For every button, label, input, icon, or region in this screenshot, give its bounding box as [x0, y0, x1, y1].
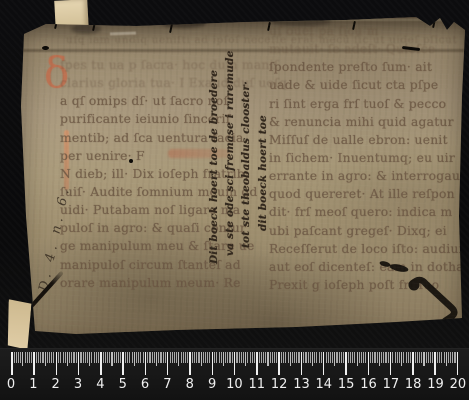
ruler-tick [452, 352, 453, 363]
ruler-tick [58, 352, 59, 363]
ruler-tick [239, 352, 240, 363]
ruler-tick [385, 352, 386, 363]
ruler-tick [243, 352, 244, 363]
ruler-tick [116, 352, 117, 363]
ruler-tick [454, 352, 455, 363]
ruler-tick [94, 352, 95, 363]
ruler-tick [56, 352, 58, 375]
ruler-tick [263, 352, 264, 363]
ruler-numbers: 01234567891011121314151617181920 [0, 377, 469, 392]
ruler-tick [71, 352, 72, 363]
ruler-tick [42, 352, 43, 363]
ruler-tick [261, 352, 262, 363]
ruler-tick [301, 352, 303, 375]
ruler-tick [25, 352, 26, 363]
ruler-tick [290, 352, 291, 366]
ink-blot-bottom-right [368, 254, 464, 338]
ruler-tick [254, 352, 255, 363]
ruler-tick [134, 352, 135, 366]
ruler-tick [174, 352, 175, 363]
ruler-tick [305, 352, 306, 363]
ruler-tick [421, 352, 422, 363]
ruler-tick [272, 352, 273, 363]
ruler-tick [140, 352, 141, 363]
ruler-tick [319, 352, 320, 363]
ruler-tick [308, 352, 309, 363]
ruler-tick [114, 352, 115, 363]
ruler-tick [185, 352, 186, 363]
ruler-number: 5 [112, 377, 134, 392]
ownership-inscription-line: dit boeck hoert toe [257, 137, 271, 231]
ruler-tick [276, 352, 277, 363]
ruler-tick [241, 352, 242, 363]
ruler-tick [252, 352, 253, 363]
ruler-tick [138, 352, 139, 363]
ruler-tick [125, 352, 126, 363]
ruler-tick [20, 352, 21, 363]
ruler-tick [53, 352, 54, 363]
manuscript-photograph: uſq iam undiq ueniſti ad ipſoſ neceſſe e… [0, 0, 469, 400]
ruler-tick [285, 352, 286, 363]
ruler-number: 2 [45, 377, 67, 392]
manuscript-text-line: Miſſuſ de ualle ebron: uenit [269, 131, 469, 149]
ruler-tick [245, 352, 246, 366]
ruler-tick [178, 352, 179, 366]
ruler-tick [250, 352, 251, 363]
ruler-tick [430, 352, 431, 363]
ruler-tick [29, 352, 30, 363]
ruler-tick [314, 352, 315, 363]
ruler-number: 3 [67, 377, 89, 392]
ruler-number: 20 [447, 377, 469, 392]
manuscript-text-line: manipuloſ circum ſtanteſ ad [60, 256, 266, 274]
ruler-tick [187, 352, 188, 363]
ruler-tick [136, 352, 137, 363]
ruler-tick [98, 352, 99, 363]
ruler-tick [348, 352, 349, 363]
ruler-tick [33, 352, 35, 375]
ruler-tick [321, 352, 322, 363]
ruler-tick [100, 352, 102, 375]
manuscript-text-line: errante in agro: & interrogau [269, 167, 469, 185]
ruler-tick [127, 352, 128, 363]
ruler-tick [428, 352, 429, 363]
ruler-ticks [11, 352, 461, 375]
ruler-tick [415, 352, 416, 363]
ruler-tick [363, 352, 364, 363]
ruler-tick [450, 352, 451, 363]
ruler-tick [203, 352, 204, 363]
ruler-tick [214, 352, 215, 363]
ruler-tick [219, 352, 220, 363]
ruler-tick [395, 352, 396, 363]
ruler-tick [229, 352, 230, 363]
ruler-tick [89, 352, 90, 366]
ruler-tick [328, 352, 329, 363]
ruler-tick [91, 352, 92, 363]
ruler-number: 4 [89, 377, 111, 392]
manuscript-text-line: ſpondente preſto ſum· ait [269, 58, 469, 76]
ruler-tick [69, 352, 70, 363]
ruler-number: 14 [313, 377, 335, 392]
ruler-tick [457, 352, 459, 375]
ruler-tick [109, 352, 110, 363]
ruler-tick [274, 352, 275, 363]
measurement-ruler: 01234567891011121314151617181920 [0, 348, 469, 400]
ruler-tick [14, 352, 15, 363]
ruler-tick [165, 352, 166, 363]
ruler-tick [111, 352, 112, 366]
ruler-tick [154, 352, 155, 363]
ruler-tick [156, 352, 157, 366]
ruler-number: 13 [290, 377, 312, 392]
ruler-tick [357, 352, 358, 366]
ruler-tick [401, 352, 402, 366]
ruler-number: 11 [246, 377, 268, 392]
ruler-tick [397, 352, 398, 363]
ruler-tick [448, 352, 449, 363]
ruler-tick [379, 352, 380, 366]
ruler-tick [419, 352, 420, 363]
ruler-tick [298, 352, 299, 363]
ruler-tick [326, 352, 327, 363]
ruler-tick [40, 352, 41, 363]
ruler-tick [267, 352, 268, 366]
ruler-tick [194, 352, 195, 363]
ruler-tick [221, 352, 222, 363]
ruler-tick [361, 352, 362, 363]
ruler-tick [223, 352, 224, 366]
ruler-tick [158, 352, 159, 363]
ruler-tick [288, 352, 289, 363]
ink-speck [42, 46, 49, 50]
ruler-tick [303, 352, 304, 363]
ruler-tick [78, 352, 80, 375]
ruler-tick [60, 352, 61, 363]
ruler-tick [432, 352, 433, 363]
ruler-tick [377, 352, 378, 363]
ruler-tick [183, 352, 184, 363]
ruler-tick [236, 352, 237, 363]
ruler-tick [446, 352, 447, 366]
ownership-inscription-line: tot ste theobaldus clooster· [240, 92, 254, 248]
ruler-tick [103, 352, 104, 363]
ruler-tick [343, 352, 344, 363]
ruler-tick [390, 352, 392, 375]
ruler-tick [336, 352, 337, 363]
ruler-tick [426, 352, 427, 363]
ruler-tick [352, 352, 353, 363]
ruler-tick [67, 352, 68, 366]
ruler-tick [323, 352, 325, 375]
ruler-tick [122, 352, 124, 375]
ruler-tick [152, 352, 153, 363]
ruler-tick [370, 352, 371, 363]
ruler-tick [36, 352, 37, 363]
paper-tab-bottom-left [5, 299, 31, 349]
ruler-tick [201, 352, 202, 366]
ruler-tick [181, 352, 182, 363]
ruler-tick [350, 352, 351, 363]
ruler-tick [31, 352, 32, 363]
ruler-tick [172, 352, 173, 363]
ink-speck [129, 159, 133, 163]
ruler-tick [205, 352, 206, 363]
ruler-number: 19 [425, 377, 447, 392]
manuscript-text-line: quod quereret· At ille reſpon [269, 185, 469, 203]
ruler-tick [406, 352, 407, 363]
ruler-tick [207, 352, 208, 363]
ruler-tick [107, 352, 108, 363]
ruler-number: 10 [223, 377, 245, 392]
ruler-tick [365, 352, 366, 363]
ruler-tick [96, 352, 97, 363]
ruler-tick [216, 352, 217, 363]
ruler-tick [120, 352, 121, 363]
ruler-tick [63, 352, 64, 363]
ruler-tick [374, 352, 375, 363]
ruler-tick [65, 352, 66, 363]
manuscript-text-line: orare manipulum meum· Re [60, 274, 266, 292]
ruler-tick [281, 352, 282, 363]
ruler-tick [45, 352, 46, 366]
ruler-tick [129, 352, 130, 363]
ruler-tick [403, 352, 404, 363]
ruler-tick [18, 352, 19, 363]
ruler-tick [225, 352, 226, 363]
ruler-tick [189, 352, 191, 375]
ruler-tick [408, 352, 409, 363]
ruler-number: 6 [134, 377, 156, 392]
ruler-tick [132, 352, 133, 363]
ruler-tick [118, 352, 119, 363]
ruler-number: 15 [335, 377, 357, 392]
ruler-tick [256, 352, 258, 375]
ruler-number: 9 [201, 377, 223, 392]
ruler-tick [399, 352, 400, 363]
ruler-tick [368, 352, 370, 375]
ruler-tick [444, 352, 445, 363]
ruler-tick [441, 352, 442, 363]
ownership-inscription-line: Dit boeck hoert toe de broedere [208, 72, 222, 264]
ruler-tick [410, 352, 411, 363]
manuscript-text-line: dit· frſ meoſ quero: indica m [269, 203, 469, 221]
ruler-tick [283, 352, 284, 363]
ruler-number: 18 [402, 377, 424, 392]
ruler-tick [38, 352, 39, 363]
ruler-tick [11, 352, 13, 375]
ruler-tick [341, 352, 342, 363]
ruler-tick [22, 352, 23, 366]
ruler-tick [170, 352, 171, 363]
ruler-tick [212, 352, 214, 375]
ruler-number: 7 [156, 377, 178, 392]
ruler-tick [234, 352, 236, 375]
ruler-tick [316, 352, 317, 363]
ruler-tick [80, 352, 81, 363]
ruler-tick [47, 352, 48, 363]
ruler-tick [345, 352, 347, 375]
ink-smudge [161, 19, 206, 28]
ruler-tick [87, 352, 88, 363]
ruler-tick [85, 352, 86, 363]
ruler-tick [392, 352, 393, 363]
ruler-tick [176, 352, 177, 363]
manuscript-text-line: & renuncia mihi quid agatur [269, 113, 469, 131]
manuscript-text-line: ri ſint erga frſ tuoſ & pecco [269, 95, 469, 113]
ruler-tick [334, 352, 335, 366]
ruler-tick [259, 352, 260, 363]
ruler-tick [332, 352, 333, 363]
ruler-tick [163, 352, 164, 363]
ruler-tick [227, 352, 228, 363]
ruler-tick [143, 352, 144, 363]
ruler-tick [232, 352, 233, 363]
ruler-tick [147, 352, 148, 363]
ruler-tick [105, 352, 106, 363]
ruler-tick [412, 352, 414, 375]
ruler-tick [209, 352, 210, 363]
ruler-tick [27, 352, 28, 363]
ruler-tick [417, 352, 418, 363]
ruler-tick [76, 352, 77, 363]
ruler-number: 1 [22, 377, 44, 392]
ruler-tick [383, 352, 384, 363]
ruler-tick [388, 352, 389, 363]
ruler-number: 8 [179, 377, 201, 392]
ink-smudge [71, 24, 101, 34]
ruler-tick [294, 352, 295, 363]
manuscript-text-line: mutauit· ſe adeſt· Quieſce [269, 40, 469, 58]
manuscript-text-line: uade & uide ſicut cta pſpe [269, 76, 469, 94]
ruler-tick [339, 352, 340, 363]
ruler-number: 16 [358, 377, 380, 392]
ruler-number: 17 [380, 377, 402, 392]
ruler-tick [265, 352, 266, 363]
ruler-tick [160, 352, 161, 363]
ruler-number: 12 [268, 377, 290, 392]
ruler-tick [423, 352, 424, 366]
ruler-tick [310, 352, 311, 363]
ruler-tick [167, 352, 169, 375]
ruler-tick [149, 352, 150, 363]
ruler-tick [145, 352, 147, 375]
ruler-tick [381, 352, 382, 363]
ruler-tick [372, 352, 373, 363]
ruler-tick [247, 352, 248, 363]
parchment-fragment: uſq iam undiq ueniſti ad ipſoſ neceſſe e… [16, 16, 466, 348]
ruler-number: 0 [0, 377, 22, 392]
ruler-tick [83, 352, 84, 363]
ruler-tick [439, 352, 440, 363]
ruler-tick [330, 352, 331, 363]
manuscript-text-line: in ſichem· Inuentumq; eu uir [269, 149, 469, 167]
ownership-inscription-line: va ste ode sci fremase i ruremude [224, 84, 238, 256]
ruler-tick [434, 352, 436, 375]
ruler-tick [270, 352, 271, 363]
ruler-tick [192, 352, 193, 363]
ruler-tick [278, 352, 280, 375]
ruler-tick [354, 352, 355, 363]
ruler-tick [359, 352, 360, 363]
ruler-tick [437, 352, 438, 363]
manuscript-text-line: ubi paſcant gregeſ· Dixq; ei [269, 222, 469, 240]
ruler-tick [198, 352, 199, 363]
ruler-tick [16, 352, 17, 363]
ruler-tick [312, 352, 313, 366]
ruler-tick [292, 352, 293, 363]
ruler-tick [51, 352, 52, 363]
ruler-tick [49, 352, 50, 363]
ruler-tick [196, 352, 197, 363]
ruler-tick [296, 352, 297, 363]
ruler-tick [73, 352, 74, 363]
ink-smudge [271, 18, 331, 26]
